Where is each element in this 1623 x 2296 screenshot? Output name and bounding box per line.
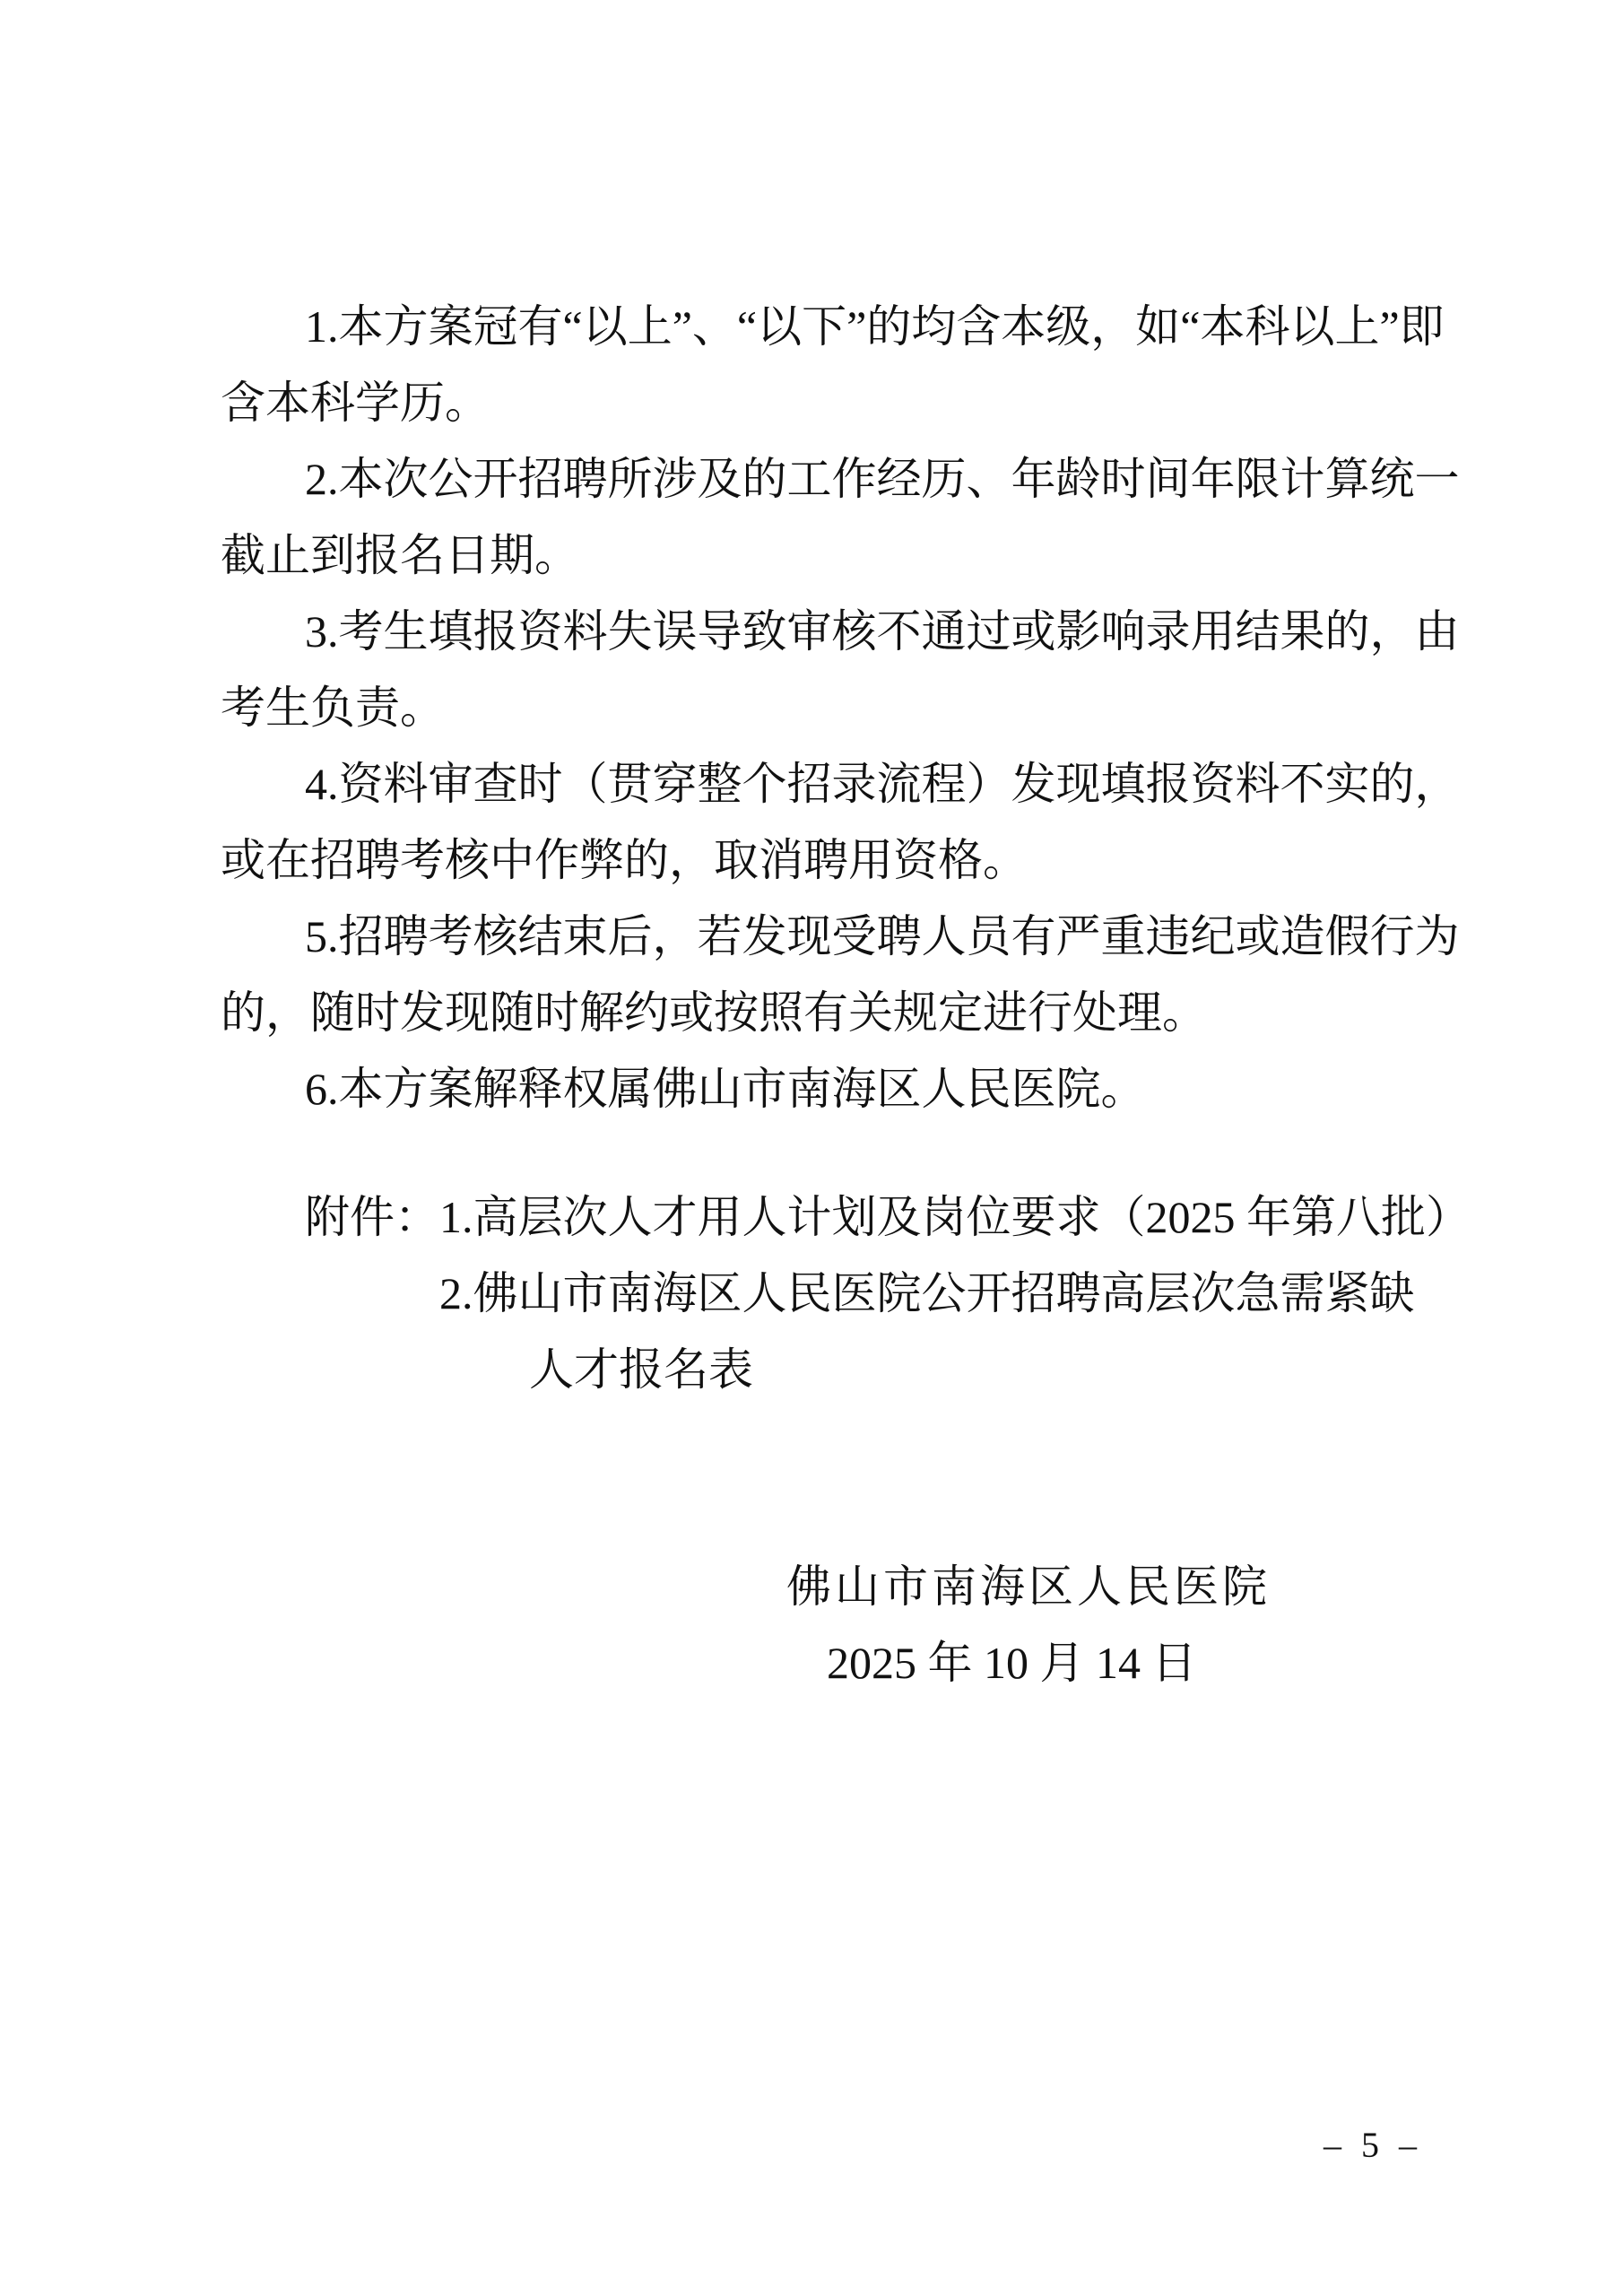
body-line: 的，随时发现随时解约或按照有关规定进行处理。	[221, 975, 1440, 1051]
body-line: 5.招聘考核结束后，若发现受聘人员有严重违纪或造假行为	[221, 899, 1440, 975]
body-line: 2.本次公开招聘所涉及的工作经历、年龄时间年限计算统一	[221, 441, 1440, 517]
attachment-line: 2.佛山市南海区人民医院公开招聘高层次急需紧缺	[221, 1256, 1440, 1332]
body-line: 截止到报名日期。	[221, 517, 1440, 594]
body-line: 考生负责。	[221, 670, 1440, 746]
body-line: 4.资料审查时（贯穿整个招录流程）发现填报资料不实的，	[221, 746, 1440, 822]
attachments-label: 附件：	[305, 1192, 439, 1242]
document-page: 1.本方案冠有“以上”、“以下”的均含本级，如“本科以上”即 含本科学历。 2.…	[0, 0, 1623, 2296]
attachment-line: 附件：1.高层次人才用人计划及岗位要求（2025 年第八批）	[221, 1179, 1440, 1256]
body-text-block: 1.本方案冠有“以上”、“以下”的均含本级，如“本科以上”即 含本科学历。 2.…	[221, 289, 1440, 1127]
body-line: 6.本方案解释权属佛山市南海区人民医院。	[221, 1051, 1440, 1127]
attachment-item: 1.高层次人才用人计划及岗位要求（2025 年第八批）	[439, 1192, 1471, 1242]
attachment-item: 人才报名表	[529, 1344, 753, 1395]
body-line: 3.考生填报资料失误导致审核不通过或影响录用结果的，由	[221, 594, 1440, 670]
body-line: 或在招聘考核中作弊的，取消聘用资格。	[221, 822, 1440, 899]
signature-organization: 佛山市南海区人民医院	[786, 1549, 1271, 1625]
page-number: – 5 –	[1324, 2124, 1422, 2167]
body-line: 1.本方案冠有“以上”、“以下”的均含本级，如“本科以上”即	[221, 289, 1440, 365]
attachment-line: 人才报名表	[221, 1332, 1440, 1408]
attachment-item: 2.佛山市南海区人民医院公开招聘高层次急需紧缺	[439, 1268, 1415, 1318]
body-line: 含本科学历。	[221, 365, 1440, 441]
signature-date: 2025 年 10 月 14 日	[827, 1625, 1197, 1701]
attachments-block: 附件：1.高层次人才用人计划及岗位要求（2025 年第八批） 2.佛山市南海区人…	[221, 1179, 1440, 1408]
